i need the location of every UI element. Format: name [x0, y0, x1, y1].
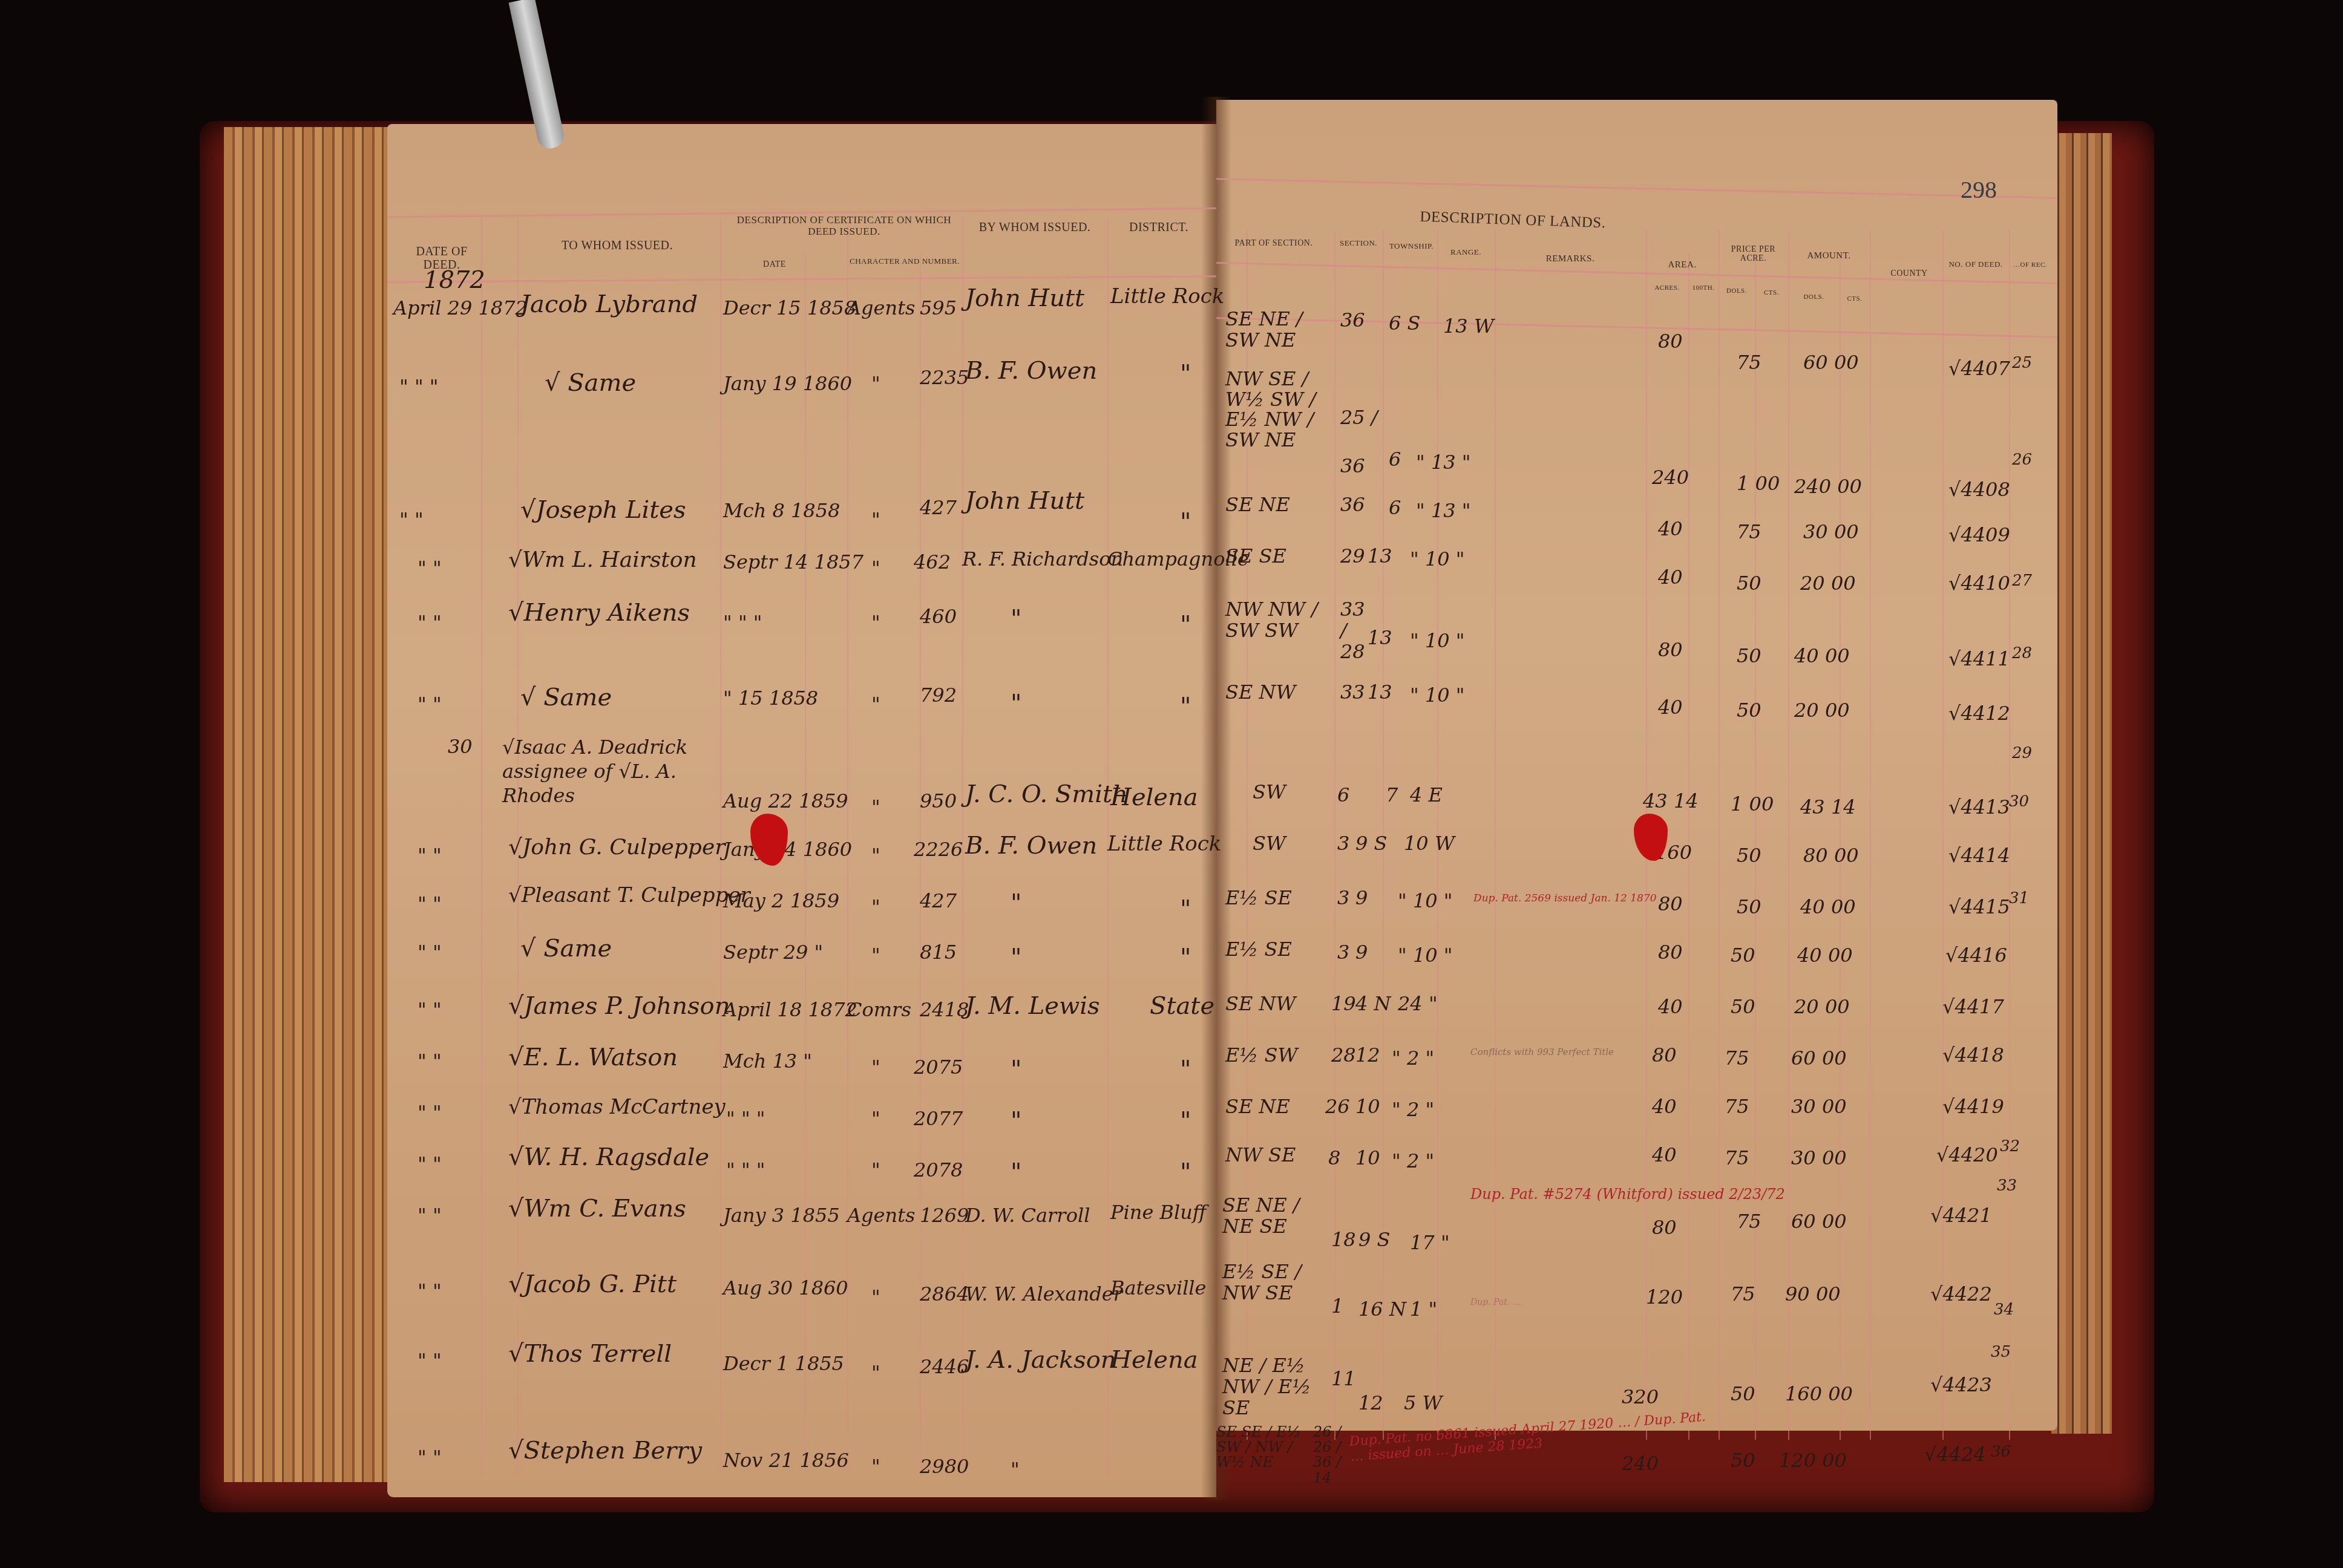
- entry-character: ": [871, 944, 880, 967]
- entry-number: 2446: [920, 1355, 969, 1378]
- entry-character: ": [871, 1158, 880, 1181]
- entry-name: √Jacob G. Pitt: [508, 1270, 677, 1298]
- entry-character: Agents: [847, 296, 915, 319]
- entry-amount: 43 14: [1800, 795, 1856, 818]
- entry-name: √Joseph Lites: [520, 496, 686, 524]
- entry-township: 7: [1386, 783, 1398, 806]
- entry-section: 36: [1340, 309, 1365, 332]
- entry-acres: 320: [1622, 1385, 1659, 1408]
- entry-range: 4 E: [1410, 783, 1443, 806]
- entry-price: 50: [1737, 844, 1761, 867]
- entry-deed-number: √4419: [1942, 1095, 2004, 1118]
- entry-character: ": [871, 1361, 880, 1384]
- entry-cert-date: Jany 14 1860: [723, 838, 852, 861]
- entry-range: 5 W: [1404, 1391, 1442, 1414]
- header-district: District.: [1110, 221, 1207, 234]
- entry-date: " ": [399, 508, 424, 531]
- entry-number: 2226: [914, 838, 963, 861]
- entry-cert-date: April 18 1872: [723, 998, 857, 1021]
- margin-number: 35: [1991, 1343, 2011, 1361]
- entry-part-of-section: SE SE / E½ SW / NW / W½ NE: [1216, 1425, 1325, 1471]
- entry-acres: 40: [1658, 696, 1683, 719]
- entry-character: ": [871, 1107, 880, 1130]
- entry-part-of-section: SE NW: [1225, 992, 1296, 1015]
- entry-range: " 10 ": [1398, 944, 1453, 967]
- entry-part-of-section: NW NW / SW SW: [1225, 599, 1334, 641]
- entry-district: State: [1150, 992, 1214, 1020]
- entry-district: Little Rock: [1107, 832, 1221, 856]
- entry-date: 30: [448, 735, 473, 758]
- entry-deed-number: √4421: [1930, 1204, 1992, 1227]
- entry-section: 3: [1337, 886, 1349, 909]
- entry-district: ": [1180, 895, 1191, 923]
- entry-section: 11: [1331, 1367, 1356, 1390]
- entry-date: " ": [418, 611, 442, 634]
- entry-acres: 43 14: [1643, 789, 1699, 812]
- entry-character: ": [871, 1285, 880, 1308]
- entry-township: 12: [1358, 1391, 1383, 1414]
- header-100th: 100th.: [1688, 284, 1719, 292]
- entry-district: Helena: [1110, 1346, 1198, 1374]
- entry-name: √Henry Aikens: [508, 599, 690, 627]
- header-price-cts: Cts.: [1755, 289, 1788, 296]
- entry-deed-number: √4414: [1948, 844, 2010, 867]
- entry-amount: 30 00: [1803, 520, 1859, 543]
- entry-part-of-section: SE NE / NE SE: [1222, 1195, 1331, 1237]
- entry-amount: 160 00: [1785, 1382, 1853, 1405]
- entry-range: " 10 ": [1410, 684, 1465, 707]
- entry-price: 75: [1737, 351, 1761, 374]
- entry-date: " " ": [399, 375, 439, 398]
- entry-number: 427: [920, 496, 957, 519]
- header-area: Area.: [1646, 260, 1719, 270]
- entry-deed-number: √4422: [1930, 1282, 1992, 1305]
- entry-range: 24 ": [1398, 992, 1438, 1015]
- entry-district: ": [1180, 944, 1191, 972]
- entry-district: ": [1180, 360, 1191, 388]
- entry-part-of-section: SW: [1253, 832, 1286, 855]
- header-acres: Acres.: [1646, 284, 1688, 292]
- entry-deed-number: √4423: [1930, 1373, 1992, 1396]
- page-edges-left: [224, 127, 399, 1482]
- page-number: 298: [1961, 175, 1997, 204]
- entry-number: 2864: [920, 1282, 969, 1305]
- entry-section: 25 / 36: [1340, 393, 1383, 490]
- entry-by-whom: ": [1011, 1056, 1021, 1083]
- entry-range: " 10 ": [1410, 629, 1465, 652]
- entry-district: ": [1180, 1056, 1191, 1083]
- column-rule: [1334, 230, 1335, 1440]
- entry-remarks-red: Dup. Pat. 2569 issued Jan. 12 1870: [1473, 892, 1657, 904]
- entry-date: " ": [418, 1279, 442, 1302]
- entry-cert-date: Septr 14 1857: [723, 550, 863, 573]
- entry-character: ": [871, 895, 880, 918]
- entry-deed-number: √4415: [1948, 895, 2010, 918]
- header-by-whom-issued: By Whom Issued.: [962, 221, 1107, 234]
- entry-number: 2235: [920, 366, 969, 389]
- entry-range: " 10 ": [1398, 889, 1453, 912]
- entry-date: " ": [418, 1101, 442, 1124]
- entry-number: 1269: [920, 1204, 969, 1227]
- entry-district: ": [1180, 1107, 1191, 1135]
- entry-name: √John G. Culpepper: [508, 835, 725, 860]
- entry-deed-number: √4424: [1924, 1443, 1986, 1466]
- entry-number: 2078: [914, 1158, 963, 1181]
- entry-number: 2980: [920, 1455, 969, 1478]
- entry-township: 4 N: [1355, 992, 1391, 1015]
- column-rule: [2009, 230, 2010, 1440]
- entry-by-whom: John Hutt: [965, 284, 1084, 312]
- entry-date: April 29 1872: [393, 296, 528, 319]
- entry-date: " ": [418, 693, 442, 716]
- entry-township: 9 S: [1358, 1228, 1390, 1251]
- entry-date: " ": [418, 1349, 442, 1372]
- entry-range: " 2 ": [1392, 1149, 1434, 1172]
- entry-acres: 80: [1652, 1044, 1677, 1067]
- entry-by-whom: J. C. O. Smith: [965, 780, 1128, 808]
- entry-date: " ": [418, 1204, 442, 1227]
- entry-township: 10: [1355, 1146, 1380, 1169]
- entry-cert-date: Nov 21 1856: [723, 1449, 849, 1472]
- entry-date: " ": [418, 844, 442, 867]
- entry-part-of-section: SW: [1253, 780, 1286, 803]
- entry-number: 427: [920, 889, 957, 912]
- entry-range: 10 W: [1404, 832, 1455, 855]
- entry-amount: 80 00: [1803, 844, 1859, 867]
- entry-cert-date: May 2 1859: [723, 889, 839, 912]
- header-amount-cts: Cts.: [1840, 295, 1870, 302]
- header-township: Township.: [1386, 242, 1437, 250]
- entry-by-whom: ": [1011, 605, 1021, 633]
- entry-acres: 40: [1658, 995, 1683, 1018]
- entry-character: ": [871, 557, 880, 580]
- entry-by-whom: W. W. Alexander: [965, 1282, 1122, 1305]
- header-certificate-description: Description of Certificate on which Deed…: [726, 215, 962, 237]
- entry-acres: 40: [1652, 1143, 1677, 1166]
- entry-range: " 10 ": [1410, 547, 1465, 570]
- entry-name: √Stephen Berry: [508, 1437, 702, 1465]
- header-amount-dols: Dols.: [1788, 293, 1840, 301]
- entry-price: 1 00: [1737, 472, 1780, 495]
- entry-number: 2418: [920, 998, 969, 1021]
- entry-amount: 20 00: [1800, 572, 1856, 595]
- entry-range: 13 W: [1443, 315, 1494, 338]
- entry-part-of-section: E½ SE / NW SE: [1222, 1261, 1331, 1304]
- header-to-whom-issued: To Whom Issued.: [526, 239, 708, 252]
- entry-price: 75: [1737, 1210, 1761, 1233]
- entry-range: " 13 ": [1416, 451, 1471, 474]
- entry-section: 29: [1340, 544, 1365, 567]
- entry-name: √Isaac A. Deadrick assignee of √L. A. Rh…: [502, 735, 720, 808]
- entry-part-of-section: NW SE / W½ SW / E½ NW / SW NE: [1225, 369, 1334, 450]
- header-amount: Amount.: [1788, 251, 1870, 261]
- entry-name: √E. L. Watson: [508, 1044, 678, 1071]
- entry-deed-number: √4420: [1936, 1143, 1998, 1166]
- entry-date: " ": [418, 1446, 442, 1469]
- entry-name: √W. H. Ragsdale: [508, 1143, 709, 1171]
- entry-section: 3: [1337, 832, 1349, 855]
- entry-acres: 40: [1652, 1095, 1677, 1118]
- entry-section: 36: [1340, 493, 1365, 516]
- entry-price: 75: [1725, 1095, 1749, 1118]
- entry-price: 50: [1731, 995, 1755, 1018]
- entry-part-of-section: SE NE: [1225, 1095, 1290, 1118]
- margin-number: 28: [2012, 644, 2032, 662]
- entry-section: 28: [1331, 1044, 1356, 1067]
- entry-number: 462: [914, 550, 951, 573]
- header-price-dols: Dols.: [1719, 287, 1755, 295]
- entry-amount: 60 00: [1791, 1210, 1847, 1233]
- entry-amount: 60 00: [1803, 351, 1859, 374]
- entry-remarks-pencil: Conflicts with 993 Perfect Title: [1470, 1047, 1614, 1057]
- entry-character: Agents: [847, 1204, 915, 1227]
- entry-character: ": [871, 508, 880, 531]
- entry-price: 50: [1731, 1449, 1755, 1472]
- entry-by-whom: ": [1011, 1158, 1021, 1186]
- header-no-of-deed: No. of Deed.: [1945, 260, 2006, 269]
- entry-character: ": [871, 844, 880, 867]
- entry-name: √James P. Johnson: [508, 992, 730, 1020]
- entry-date: " ": [418, 892, 442, 915]
- margin-number: 33: [1997, 1177, 2017, 1195]
- entry-name: √Thomas McCartney: [508, 1095, 726, 1119]
- entry-township: 10: [1355, 1095, 1380, 1118]
- entry-amount: 40 00: [1800, 895, 1856, 918]
- entry-cert-date: Mch 13 ": [723, 1050, 812, 1073]
- margin-number: 30: [2009, 792, 2029, 811]
- entry-amount: 20 00: [1794, 699, 1850, 722]
- entry-range: " 13 ": [1416, 499, 1471, 522]
- header-part-of-section: Part of Section.: [1216, 239, 1331, 248]
- entry-price: 75: [1725, 1146, 1749, 1169]
- header-character-number: Character and Number.: [847, 257, 962, 266]
- entry-section: 18: [1331, 1228, 1356, 1251]
- entry-number: 460: [920, 605, 957, 628]
- entry-deed-number: √4407: [1948, 357, 2010, 380]
- entry-part-of-section: NE / E½ NW / E½ SE: [1222, 1355, 1331, 1419]
- entry-section: 33: [1340, 681, 1365, 704]
- entry-number: 595: [920, 296, 957, 319]
- entry-name: Jacob Lybrand: [520, 290, 698, 318]
- entry-price: 50: [1737, 699, 1761, 722]
- entry-remarks-red: Dup. Pat. #5274 (Whitford) issued 2/23/7…: [1470, 1186, 1785, 1203]
- entry-acres: 80: [1658, 892, 1683, 915]
- entry-character: ": [871, 693, 880, 716]
- entry-deed-number: √4408: [1948, 478, 2010, 501]
- entry-range: " 2 ": [1392, 1047, 1434, 1070]
- entry-section: 6: [1337, 783, 1349, 806]
- entry-date: " ": [418, 998, 442, 1021]
- entry-part-of-section: SE NE / SW NE: [1225, 309, 1334, 351]
- entry-range: 1 ": [1410, 1298, 1437, 1321]
- entry-amount: 30 00: [1791, 1146, 1847, 1169]
- entry-section: 8: [1328, 1146, 1340, 1169]
- header-price-per-acre: Price per Acre.: [1719, 245, 1788, 264]
- entry-cert-date: Decr 15 1858: [723, 296, 856, 319]
- entry-character: ": [871, 795, 880, 818]
- entry-section: 3: [1337, 941, 1349, 964]
- entry-date: " ": [418, 1050, 442, 1073]
- entry-part-of-section: SE NE: [1225, 493, 1290, 516]
- entry-deed-number: √4416: [1945, 944, 2007, 967]
- entry-acres: 80: [1658, 330, 1683, 353]
- entry-section: 26 / 26 / 36 / 14: [1313, 1425, 1343, 1486]
- entry-township: 13: [1368, 681, 1392, 704]
- entry-character: Comrs: [847, 998, 911, 1021]
- entry-district: Little Rock: [1110, 284, 1224, 309]
- entry-district: Pine Bluff: [1110, 1201, 1207, 1224]
- entry-deed-number: √4409: [1948, 523, 2010, 546]
- entry-part-of-section: E½ SW: [1225, 1044, 1297, 1067]
- entry-township: 6: [1389, 496, 1401, 519]
- entry-township: 9: [1355, 941, 1368, 964]
- column-rule: [1788, 230, 1789, 1440]
- entry-name: √Thos Terrell: [508, 1340, 672, 1368]
- entry-township: 6 S: [1389, 312, 1420, 335]
- entry-deed-number: √4417: [1942, 995, 2004, 1018]
- entry-section: 19: [1331, 992, 1356, 1015]
- entry-township: 9: [1355, 886, 1368, 909]
- entry-township: 6: [1389, 448, 1401, 471]
- entry-amount: 40 00: [1794, 644, 1850, 667]
- entry-character: ": [871, 611, 880, 634]
- margin-number: 26: [2012, 451, 2032, 469]
- margin-number: 27: [2012, 572, 2032, 590]
- entry-name: √Wm C. Evans: [508, 1195, 686, 1223]
- entry-district: ": [1180, 1158, 1191, 1186]
- entry-district: ": [1180, 611, 1191, 639]
- entry-amount: 40 00: [1797, 944, 1853, 967]
- entry-township: 16 N: [1358, 1298, 1406, 1321]
- entry-name: √Pleasant T. Culpepper: [508, 883, 750, 907]
- margin-number: 34: [1994, 1301, 2014, 1319]
- entry-price: 75: [1737, 520, 1761, 543]
- entry-price: 50: [1737, 644, 1761, 667]
- entry-deed-number: √4418: [1942, 1044, 2004, 1067]
- entry-by-whom: B. F. Owen: [965, 832, 1097, 860]
- entry-township: 13: [1368, 626, 1392, 649]
- entry-date: " ": [418, 941, 442, 964]
- entry-number: 2075: [914, 1056, 963, 1079]
- entry-by-whom: D. W. Carroll: [965, 1204, 1090, 1227]
- entry-acres: 40: [1658, 517, 1683, 540]
- entry-cert-date: Jany 3 1855: [723, 1204, 840, 1227]
- entry-part-of-section: NW SE: [1225, 1143, 1296, 1166]
- entry-cert-date: " " ": [723, 611, 762, 634]
- entry-by-whom: B. F. Owen: [965, 357, 1097, 385]
- entry-cert-date: " " ": [726, 1158, 765, 1181]
- entry-acres: 120: [1646, 1285, 1683, 1308]
- entry-price: 50: [1731, 1382, 1755, 1405]
- entry-price: 75: [1725, 1047, 1749, 1070]
- entry-amount: 240 00: [1794, 475, 1862, 498]
- entry-character: ": [871, 1056, 880, 1079]
- entry-part-of-section: SE NW: [1225, 681, 1296, 704]
- entry-date: " ": [418, 1152, 442, 1175]
- entry-by-whom: J. M. Lewis: [965, 992, 1100, 1020]
- margin-number: 25: [2012, 354, 2032, 372]
- entry-cert-date: Septr 29 ": [723, 941, 823, 964]
- entry-amount: 90 00: [1785, 1282, 1841, 1305]
- entry-range: 17 ": [1410, 1231, 1450, 1254]
- entry-price: 75: [1731, 1282, 1755, 1305]
- entry-cert-date: Mch 8 1858: [723, 499, 840, 522]
- entry-number: 792: [920, 684, 957, 707]
- year-heading: 1872: [424, 266, 485, 294]
- margin-number: 36: [1991, 1443, 2011, 1461]
- entry-deed-number: √4410: [1948, 572, 2010, 595]
- margin-number: 29: [2012, 744, 2032, 762]
- entry-number: 2077: [914, 1107, 963, 1130]
- entry-acres: 80: [1658, 638, 1683, 661]
- margin-number: 32: [2000, 1137, 2020, 1155]
- entry-district: ": [1180, 693, 1191, 720]
- entry-section: 26: [1325, 1095, 1350, 1118]
- entry-by-whom: ": [1011, 1458, 1020, 1481]
- entry-character: ": [871, 1455, 880, 1478]
- entry-name: √ Same: [520, 935, 612, 962]
- entry-number: 815: [920, 941, 957, 964]
- page-edges-right: [2051, 133, 2112, 1434]
- entry-price: 50: [1737, 895, 1761, 918]
- column-rule: [1719, 230, 1720, 1440]
- entry-district: ": [1180, 508, 1191, 536]
- entry-amount: 20 00: [1794, 995, 1850, 1018]
- entry-part-of-section: SE SE: [1225, 544, 1286, 567]
- entry-section: 1: [1331, 1295, 1343, 1318]
- header-section: Section.: [1337, 239, 1380, 247]
- entry-amount: 30 00: [1791, 1095, 1847, 1118]
- header-cert-date: Date: [750, 260, 799, 269]
- entry-range: " 2 ": [1392, 1098, 1434, 1121]
- entry-part-of-section: E½ SE: [1225, 938, 1292, 961]
- entry-price: 50: [1731, 944, 1755, 967]
- entry-district: Helena: [1110, 783, 1198, 811]
- entry-cert-date: Aug 22 1859: [723, 789, 848, 812]
- entry-name: √ Same: [520, 684, 612, 711]
- entry-price: 50: [1737, 572, 1761, 595]
- entry-acres: 80: [1652, 1216, 1677, 1239]
- entry-township: 13: [1368, 544, 1392, 567]
- entry-amount: 60 00: [1791, 1047, 1847, 1070]
- entry-deed-number: √4412: [1948, 702, 2010, 725]
- header-county: County: [1876, 269, 1942, 278]
- entry-part-of-section: E½ SE: [1225, 886, 1292, 909]
- column-rule: [1495, 230, 1496, 1440]
- entry-price: 1 00: [1731, 792, 1774, 815]
- entry-date: " ": [418, 557, 442, 580]
- entry-deed-number: √4413: [1948, 795, 2010, 818]
- entry-acres: 40: [1658, 566, 1683, 589]
- entry-cert-date: Aug 30 1860: [723, 1276, 848, 1299]
- entry-number: 950: [920, 789, 957, 812]
- column-rule: [1870, 230, 1871, 1440]
- entry-cert-date: " " ": [726, 1107, 765, 1130]
- entry-by-whom: ": [1011, 690, 1021, 717]
- entry-deed-number: √4411: [1948, 647, 2010, 670]
- entry-amount: 120 00: [1779, 1449, 1847, 1472]
- entry-by-whom: ": [1011, 944, 1021, 972]
- entry-township: 12: [1355, 1044, 1380, 1067]
- entry-character: ": [871, 372, 880, 395]
- entry-name: √Wm L. Hairston: [508, 547, 697, 572]
- entry-by-whom: ": [1011, 889, 1021, 917]
- entry-by-whom: R. F. Richardson: [962, 547, 1123, 570]
- entry-remarks-faint: Dup. Pat. …: [1470, 1298, 1521, 1307]
- entry-by-whom: John Hutt: [965, 487, 1084, 515]
- entry-by-whom: ": [1011, 1107, 1021, 1135]
- header-remarks: Remarks.: [1501, 254, 1640, 264]
